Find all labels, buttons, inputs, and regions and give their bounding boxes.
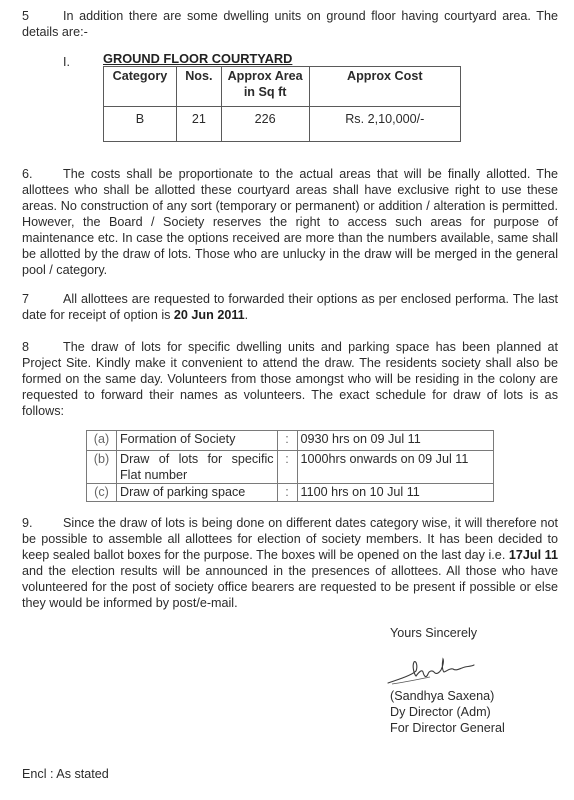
paragraph-text-end: . [245,308,249,322]
paragraph-text: All allottees are requested to forwarded… [22,292,558,322]
paragraph-number: 9. [22,515,63,531]
paragraph-8: 8The draw of lots for specific dwelling … [22,339,558,419]
paragraph-text: The costs shall be proportionate to the … [22,167,558,277]
row-event: Draw of parking space [116,484,277,502]
row-event: Draw of lots for specific Flat number [116,451,277,484]
row-time: 1000hrs onwards on 09 Jul 11 [297,451,493,484]
signatory-for: For Director General [390,720,505,736]
table-row: (b) Draw of lots for specific Flat numbe… [87,451,494,484]
signature-icon [386,652,486,688]
signatory-block: (Sandhya Saxena) Dy Director (Adm) For D… [390,688,505,736]
ballot-date: 17Jul 11 [509,548,558,562]
header-category: Category [104,67,177,107]
row-separator: : [277,431,297,451]
paragraph-text: The draw of lots for specific dwelling u… [22,340,558,418]
courtyard-table-title: GROUND FLOOR COURTYARD [103,51,292,67]
table-row: (a) Formation of Society : 0930 hrs on 0… [87,431,494,451]
row-label: (c) [87,484,117,502]
row-separator: : [277,451,297,484]
paragraph-6: 6.The costs shall be proportionate to th… [22,166,558,278]
paragraph-9: 9.Since the draw of lots is being done o… [22,515,558,611]
paragraph-number: 5 [22,8,63,24]
row-label: (b) [87,451,117,484]
table-row: B 21 226 Rs. 2,10,000/- [104,107,461,142]
cell-area: 226 [221,107,309,142]
signatory-designation: Dy Director (Adm) [390,704,505,720]
cell-category: B [104,107,177,142]
header-approx-area: Approx Area in Sq ft [221,67,309,107]
closing-salutation: Yours Sincerely [390,625,477,641]
paragraph-number: 6. [22,166,63,182]
table-row: (c) Draw of parking space : 1100 hrs on … [87,484,494,502]
table-header-row: Category Nos. Approx Area in Sq ft Appro… [104,67,461,107]
enclosure-note: Encl : As stated [22,766,109,782]
header-approx-cost: Approx Cost [309,67,460,107]
paragraph-text-end: and the election results will be announc… [22,564,558,610]
paragraph-7: 7All allottees are requested to forwarde… [22,291,558,323]
row-separator: : [277,484,297,502]
paragraph-text: In addition there are some dwelling unit… [22,9,558,39]
schedule-table: (a) Formation of Society : 0930 hrs on 0… [86,430,494,502]
cell-nos: 21 [176,107,221,142]
row-event: Formation of Society [116,431,277,451]
paragraph-number: 7 [22,291,63,307]
cell-cost: Rs. 2,10,000/- [309,107,460,142]
paragraph-number: 8 [22,339,63,355]
list-roman-numeral: I. [63,54,70,70]
header-nos: Nos. [176,67,221,107]
row-time: 1100 hrs on 10 Jul 11 [297,484,493,502]
row-label: (a) [87,431,117,451]
courtyard-table: Category Nos. Approx Area in Sq ft Appro… [103,66,461,142]
signatory-name: (Sandhya Saxena) [390,688,505,704]
paragraph-text: Since the draw of lots is being done on … [22,516,558,562]
paragraph-5: 5In addition there are some dwelling uni… [22,8,558,40]
last-date: 20 Jun 2011 [174,308,245,322]
row-time: 0930 hrs on 09 Jul 11 [297,431,493,451]
